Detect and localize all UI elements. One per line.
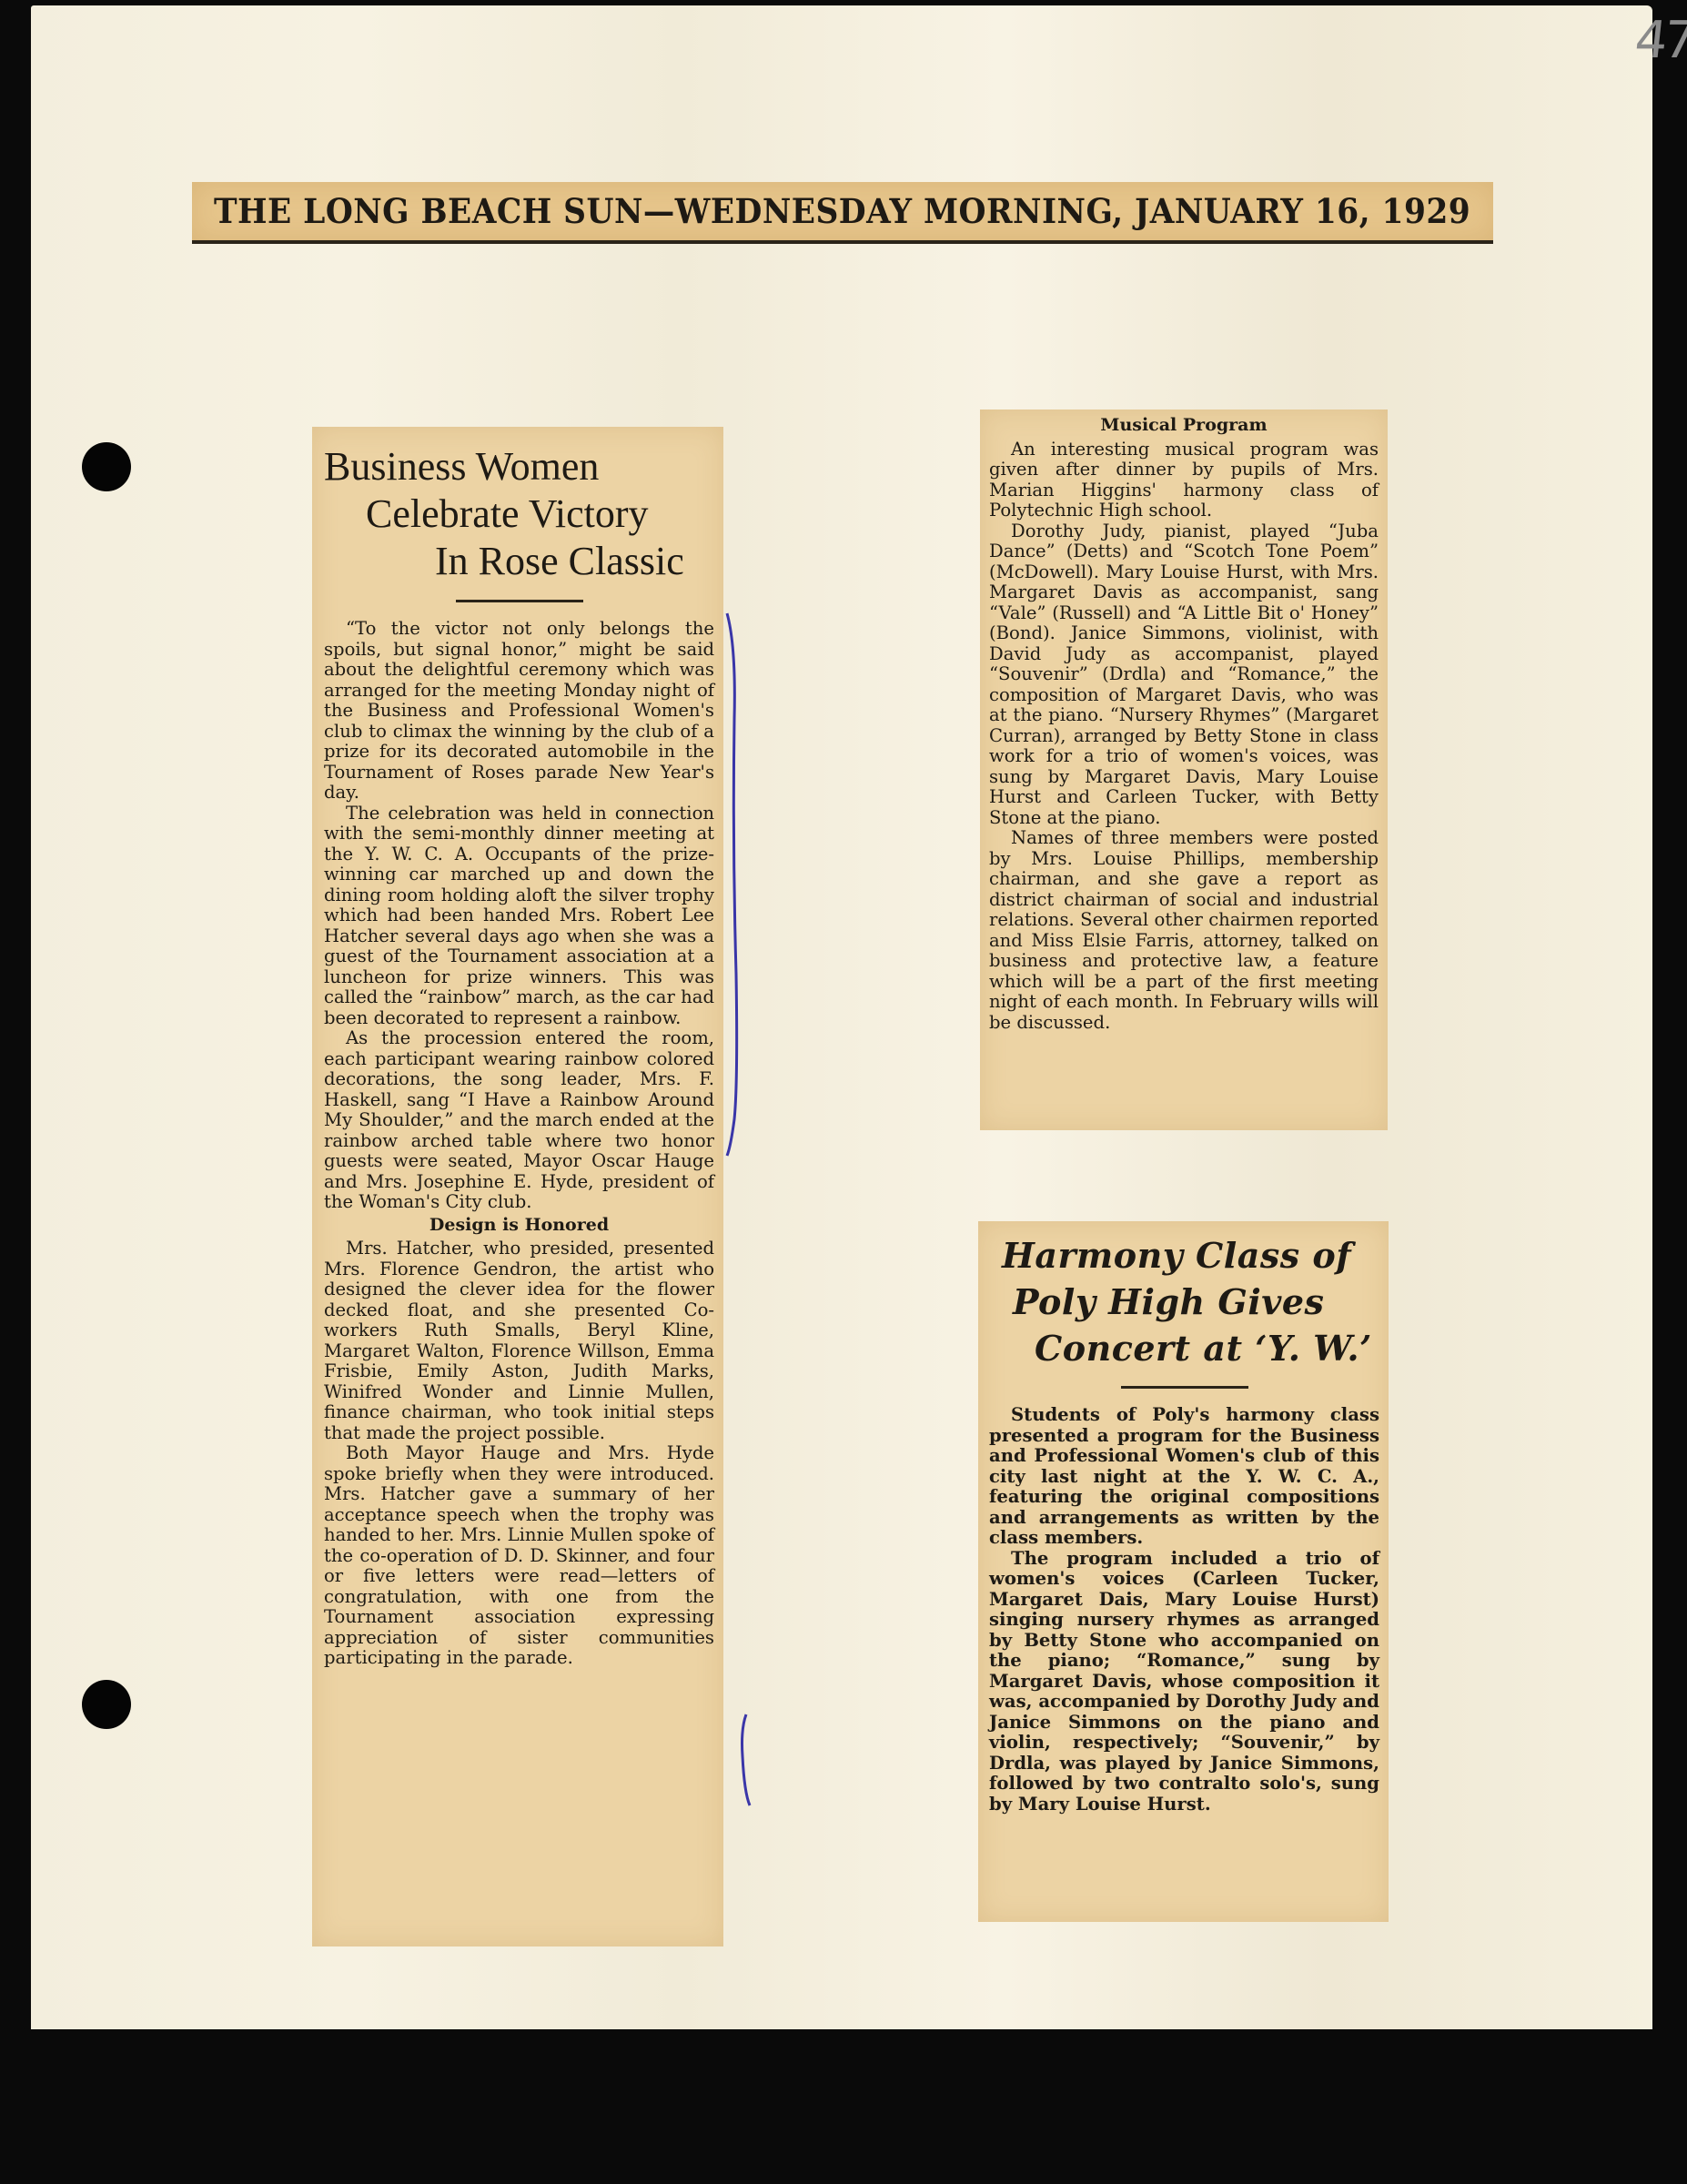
paragraph: The celebration was held in connection w…	[324, 804, 714, 1029]
headline-rule	[1121, 1386, 1248, 1389]
binder-hole-top	[82, 442, 131, 491]
paragraph: Both Mayor Hauge and Mrs. Hyde spoke bri…	[324, 1443, 714, 1669]
paragraph: Names of three members were posted by Mr…	[989, 828, 1379, 1033]
paragraph: An interesting musical program was given…	[989, 440, 1379, 521]
headline-line: Business Women	[324, 443, 714, 490]
subheading: Design is Honored	[324, 1215, 714, 1236]
article-headline: Business Women Celebrate Victory In Rose…	[324, 427, 714, 585]
article-musical-program: Musical Program An interesting musical p…	[980, 409, 1388, 1130]
headline-line: Celebrate Victory	[324, 490, 714, 538]
paragraph: As the procession entered the room, each…	[324, 1028, 714, 1213]
article-harmony-class: Harmony Class of Poly High Gives Concert…	[978, 1221, 1389, 1922]
masthead-text: THE LONG BEACH SUN—WEDNESDAY MORNING, JA…	[214, 191, 1470, 231]
paragraph: Dorothy Judy, pianist, played “Juba Danc…	[989, 521, 1379, 829]
article-headline: Harmony Class of Poly High Gives Concert…	[989, 1221, 1379, 1371]
headline-rule	[456, 600, 583, 602]
page-number: 47	[1632, 11, 1687, 70]
masthead-clipping: THE LONG BEACH SUN—WEDNESDAY MORNING, JA…	[192, 182, 1493, 244]
headline-line: Harmony Class of	[989, 1232, 1379, 1279]
subheading: Musical Program	[989, 415, 1379, 436]
paragraph: “To the victor not only belongs the spoi…	[324, 619, 714, 804]
scrapbook-page: 47	[31, 5, 1652, 2029]
headline-line: Poly High Gives	[989, 1279, 1379, 1325]
paragraph: Mrs. Hatcher, who presided, presented Mr…	[324, 1239, 714, 1443]
binder-hole-bottom	[82, 1680, 131, 1729]
paragraph: The program included a trio of women's v…	[989, 1549, 1379, 1815]
article-business-women: Business Women Celebrate Victory In Rose…	[312, 427, 723, 1946]
paragraph: Students of Poly's harmony class present…	[989, 1405, 1379, 1549]
headline-line: Concert at ‘Y. W.’	[989, 1325, 1379, 1371]
headline-line: In Rose Classic	[324, 538, 714, 585]
pen-bracket-mark-top	[723, 610, 751, 1165]
pen-bracket-mark-bottom	[737, 1711, 759, 1811]
